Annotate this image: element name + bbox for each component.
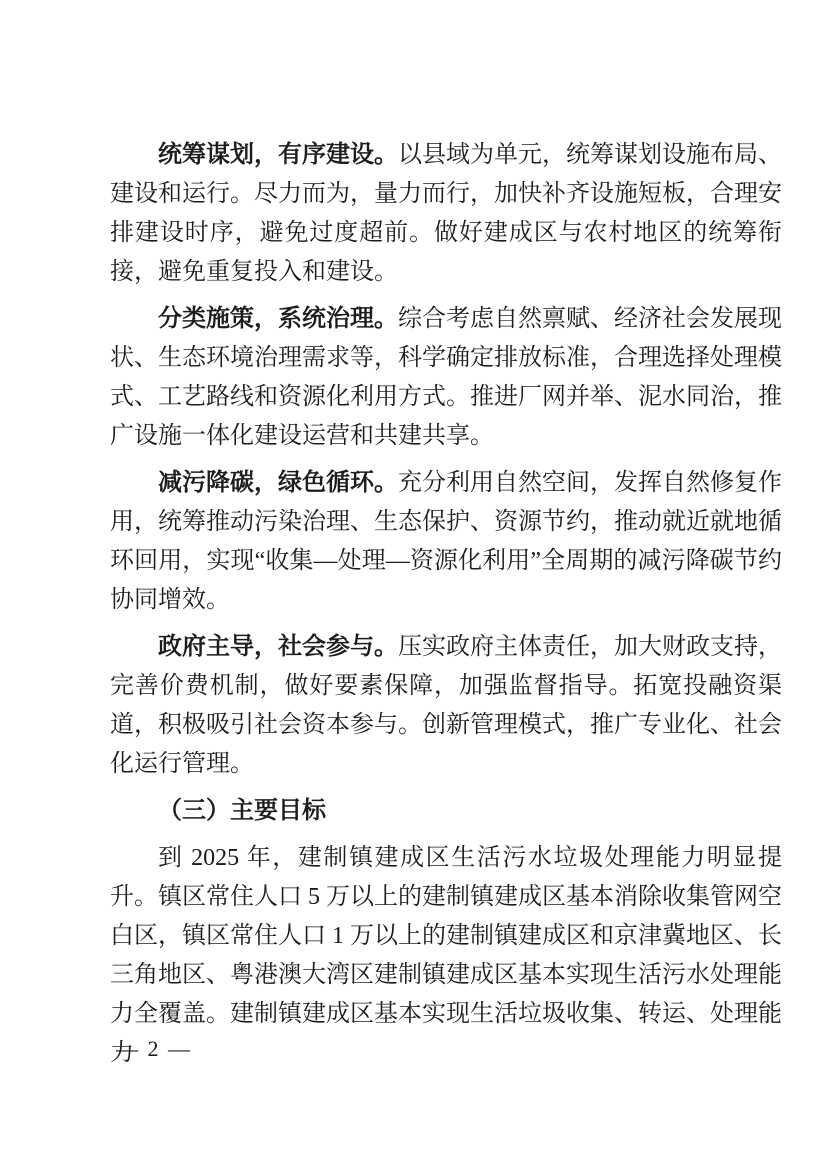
paragraph-lead: 政府主导，社会参与。 xyxy=(158,634,398,660)
principle-paragraph: 统筹谋划，有序建设。以县域为单元，统筹谋划设施布局、建设和运行。尽力而为，量力而… xyxy=(110,136,782,292)
section-heading: （三）主要目标 xyxy=(110,792,782,831)
principle-paragraph: 政府主导，社会参与。压实政府主体责任，加大财政支持，完善价费机制，做好要素保障，… xyxy=(110,628,782,784)
goal-paragraph: 到 2025 年，建制镇建成区生活污水垃圾处理能力明显提升。镇区常住人口 5 万… xyxy=(110,839,782,1073)
paragraph-lead: 统筹谋划，有序建设。 xyxy=(158,142,398,168)
document-text-block: 统筹谋划，有序建设。以县域为单元，统筹谋划设施布局、建设和运行。尽力而为，量力而… xyxy=(110,136,782,1081)
paragraph-lead: 减污降碳，绿色循环。 xyxy=(158,470,398,496)
principle-paragraph: 减污降碳，绿色循环。充分利用自然空间，发挥自然修复作用，统筹推动污染治理、生态保… xyxy=(110,464,782,620)
page-number: — 2 — xyxy=(116,1036,192,1062)
paragraph-lead: 分类施策，系统治理。 xyxy=(158,306,398,332)
document-page: 统筹谋划，有序建设。以县域为单元，统筹谋划设施布局、建设和运行。尽力而为，量力而… xyxy=(0,0,826,1169)
principle-paragraph: 分类施策，系统治理。综合考虑自然禀赋、经济社会发展现状、生态环境治理需求等，科学… xyxy=(110,300,782,456)
